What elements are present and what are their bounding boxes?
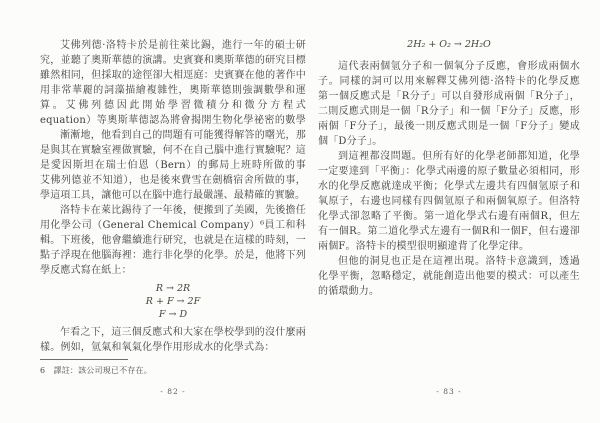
paragraph: 乍看之下，這三個反應式和大家在學校學到的沒什麼兩 樣。例如，氫氣和氧氣化學作用形… [40,325,306,355]
text-line: 算。艾佛列德因此開始學習微積分和微分方程式（differential [40,98,306,113]
text-line: 雖然相同，但採取的途徑卻大相逕庭：史賓賽在他的著作中 [40,68,306,83]
chemical-equation: 2H₂ + O₂ → 2H₂O [318,38,580,51]
paragraph: 到這裡都沒問題。但所有好的化學老師都知道，化學反應 一定要達到「平衡」：化學式兩… [318,149,580,254]
text-line: 用化學公司（General Chemical Company）⁶員工和科學期刊編 [40,218,306,233]
chemical-equation: R + F → 2F [40,295,306,308]
paragraph: 這代表兩個氫分子和一個氧分子反應，會形成兩個水分 子。同樣的詞可以用來解釋艾佛列… [318,59,580,149]
text-line: 洛特卡在萊比錫待了一年後，便搬到了美國，先後擔任通 [40,203,306,218]
page-number: - 82 - [40,387,306,396]
text-line: 漸漸地，他看到自己的問題有可能獲得解答的曙光，那就 [40,128,306,143]
text-line: 氧原子，右邊也同樣有四個氫原子和兩個氧原子。但洛特卡的 [318,194,580,209]
text-line: 學這項工具，讓他可以在腦中進行最嚴謹、最精確的實驗。 [40,188,306,203]
text-line: 學反應式寫在紙上： [40,263,306,278]
text-line: equation）等奧斯華德認為將會揭開生物化學祕密的數學工具。 [40,113,306,128]
text-line: 個「D分子」。 [318,134,580,149]
left-page: 艾佛列德·洛特卡於是前往萊比錫，進行一年的碩士研 究，並聽了奧斯華德的演講。史賓… [40,38,306,376]
footnote: 6 譯註：該公司現已不存在。 [40,359,306,376]
text-line: 有一個R。第二道化學式左邊有一個R和一個F，但右邊卻有 [318,224,580,239]
paragraph: 但他的洞見也正是在這裡出現。洛特卡意識到，透過忽略 化學平衡，忽略穩定，就能創造… [318,254,580,299]
text-line: 的循環動力。 [318,284,580,299]
text-line: 究，並聽了奧斯華德的演講。史賓賽和奧斯華德的研究目標 [40,53,306,68]
text-line: 這代表兩個氫分子和一個氧分子反應，會形成兩個水分 [318,59,580,74]
text-line: 化學式卻忽略了平衡。第一道化學式右邊有兩個R，但左邊只 [318,209,580,224]
text-line: 化學平衡，忽略穩定，就能創造出他要的模式：可以產生生命 [318,269,580,284]
text-line: 第一個反應式是「R分子」可以自發形成兩個「R分子」，第 [318,89,580,104]
paragraph: 艾佛列德·洛特卡於是前往萊比錫，進行一年的碩士研 究，並聽了奧斯華德的演講。史賓… [40,38,306,128]
page-number: - 83 - [318,387,580,396]
right-page: 2H₂ + O₂ → 2H₂O 這代表兩個氫分子和一個氧分子反應，會形成兩個水分… [318,38,580,299]
text-line: 點子浮現在他腦海裡：進行非化學的化學。於是，他將下列化 [40,248,306,263]
text-line: 兩個F。洛特卡的模型很明顯違背了化學定律。 [318,239,580,254]
text-line: 但他的洞見也正是在這裡出現。洛特卡意識到，透過忽略 [318,254,580,269]
text-line: 到這裡都沒問題。但所有好的化學老師都知道，化學反應 [318,149,580,164]
text-line: 兩個「F分子」，最後一則反應式則是一個「F分子」變成一 [318,119,580,134]
equation-block: R → 2R R + F → 2F F → D [40,282,306,321]
paragraph: 洛特卡在萊比錫待了一年後，便搬到了美國，先後擔任通 用化學公司（General … [40,203,306,278]
text-line: 乍看之下，這三個反應式和大家在學校學到的沒什麼兩 [40,325,306,340]
text-line: 二則反應式則是一個「R分子」和一個「F分子」反應，形成 [318,104,580,119]
paragraph: 漸漸地，他看到自己的問題有可能獲得解答的曙光，那就 是與其在實驗室裡做實驗，何不… [40,128,306,203]
text-line: 艾佛列德並不知道），也是後來費雪在劍橋宿舍所做的事，數 [40,173,306,188]
text-line: 水的化學反應就達成平衡；化學式左邊共有四個氫原子和兩個 [318,179,580,194]
footnote-divider [40,359,128,360]
text-line: 艾佛列德·洛特卡於是前往萊比錫，進行一年的碩士研 [40,38,306,53]
text-line: 是與其在實驗室裡做實驗，何不在自己腦中進行實驗呢？這正 [40,143,306,158]
footnote-text: 6 譯註：該公司現已不存在。 [40,365,306,376]
text-line: 一定要達到「平衡」：化學式兩邊的原子數量必須相同，形成 [318,164,580,179]
text-line: 子。同樣的詞可以用來解釋艾佛列德·洛特卡的化學反應式， [318,74,580,89]
chemical-equation: R → 2R [40,282,306,295]
chemical-equation: F → D [40,308,306,321]
text-line: 樣。例如，氫氣和氧氣化學作用形成水的化學式為： [40,340,306,355]
text-line: 輯。下班後，他會繼續進行研究，也就是在這樣的時刻，一個 [40,233,306,248]
book-spread: 艾佛列德·洛特卡於是前往萊比錫，進行一年的碩士研 究，並聽了奧斯華德的演講。史賓… [0,0,600,423]
text-line: 用非常華麗的詞藻描繪複雜性，奧斯華德則強調數學和運 [40,83,306,98]
text-line: 是愛因斯坦在瑞士伯恩（Bern）的郵局上班時所做的事（雖然 [40,158,306,173]
